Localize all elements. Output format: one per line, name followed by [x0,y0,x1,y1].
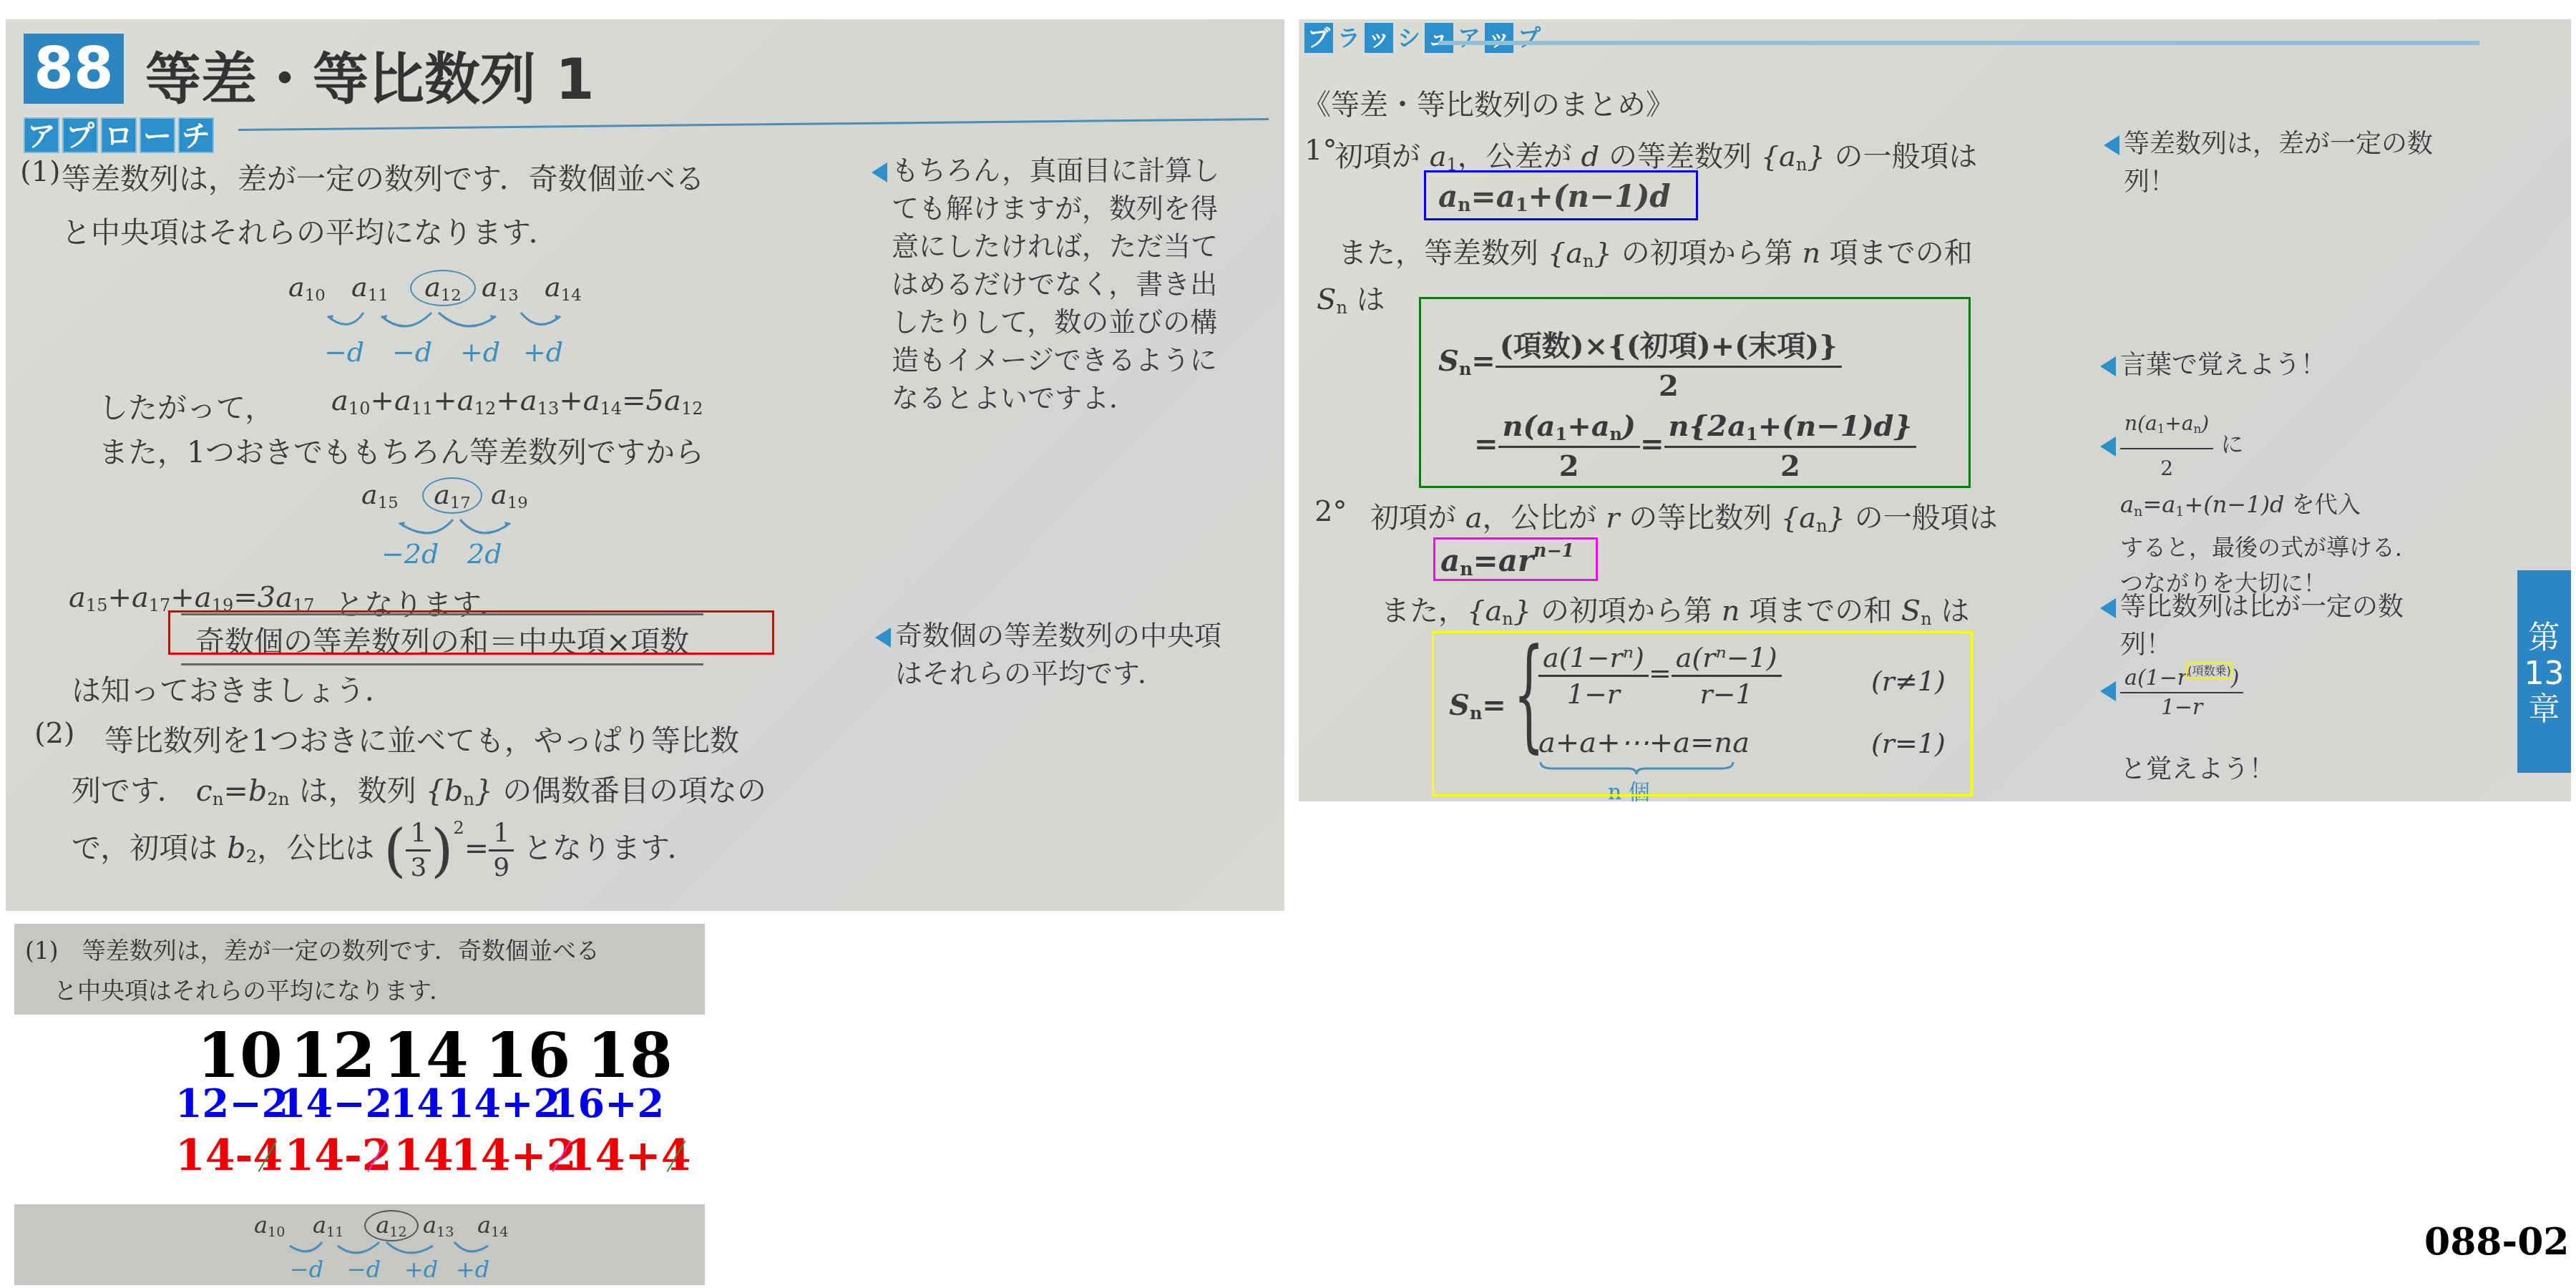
approach-char: プ [62,117,98,153]
side-note-2: 奇数個の等差数列の中央項 はそれらの平均です． [875,617,1221,693]
inset-terms: a10a11a12a13a14 [254,1210,527,1241]
item2-sum-intro: また，{an} の初項から第 n 項までの和 Sn は [1381,588,1969,629]
term: a10 [288,271,351,305]
term: a14 [545,271,608,305]
term: a13 [482,271,545,305]
chapter-tab: 第 13 章 [2517,570,2571,773]
right-side-note-2: 言葉で覚えよう！ [2100,345,2326,381]
example-center-row: 14-414-21414+214+4 [175,1131,673,1181]
pointer-triangle-icon [875,628,891,648]
inset-line1: (1) 等差数列は，差が一定の数列です．奇数個並べる [25,932,600,966]
term-circled: a12 [410,270,476,306]
sequence-diagram-2: a15a17a19 [361,477,552,514]
pointer-triangle-icon [2104,135,2119,155]
right-side-note-5-suffix: と覚えよう！ [2120,749,2275,786]
item2-text: 初項が a，公比が r の等比数列 {an} の一般項は [1370,495,1998,536]
sequence-diagram-1: a10a11a12a13a14 [288,270,608,306]
approach-char: チ [178,117,214,153]
alternate-line: また，1つおきでももちろん等差数列ですから [99,429,704,471]
pointer-triangle-icon [2100,356,2116,376]
approach-char: ロ [101,117,137,153]
right-side-note-3: n(a1+an)2 に an=a1+(n−1)d を代入 すると，最後の式が導け… [2100,406,2418,601]
right-side-note-4: 等比数列は比が一定の数 列！ [2100,588,2404,664]
green-highlight-box [1419,297,1971,488]
magenta-highlight-box [1433,537,1598,581]
inset-differences: −d−d+d+d [290,1256,507,1283]
approach-heading: アプローチ [24,117,217,153]
inset-diagram-excerpt: a10a11a12a13a14 −d−d+d+d [14,1204,705,1285]
example-neighbor-row: 12−214−21414+216+2 [175,1080,655,1126]
right-side-note-1: 等差数列は，差が一定の数 列！ [2104,125,2433,201]
item1-text: 初項が a1，公差が d の等差数列 {an} の一般項は [1335,134,1978,175]
pointer-triangle-icon [872,162,887,182]
side-note-1: もちろん，真面目に計算し ても解けますが，数列を得 意にしたければ，ただ当て は… [872,152,1219,417]
blue-highlight-box [1424,170,1698,220]
approach-char: ア [24,117,59,153]
item1-sum-label: Sn は [1317,277,1385,318]
part2-line1: 等比数列を1つおきに並べても，やっぱり等比数 [104,717,739,759]
term: a11 [351,271,414,305]
remember-line: は知っておきましょう． [72,667,394,709]
summary-title: 《等差・等比数列のまとめ》 [1302,82,1674,123]
brushup-rule-line [1438,41,2479,45]
difference-labels-1: −d−d+d+d [324,336,586,368]
part2-line3: で，初項は b2，公比は (13)2=19 となります． [72,817,697,884]
right-side-note-5: a(1−r(項数乗))1−r [2100,662,2243,720]
approach-rule-line [238,118,1269,131]
term-circled: a17 [422,477,482,514]
page-label: 088-02 [2424,1220,2570,1264]
pointer-triangle-icon [2100,681,2116,701]
lesson-title: 等差・等比数列 1 [145,35,594,115]
therefore-equation: a10+a11+a12+a13+a14=5a12 [331,384,703,419]
part1-line1: 等差数列は，差が一定の数列です．奇数個並べる [62,155,705,197]
lesson-number-badge: 88 [24,34,124,104]
pointer-triangle-icon [2100,436,2116,457]
red-highlight-box [168,610,774,655]
brushup-heading: ブラッシュアップ [1304,23,1545,53]
approach-char: ー [140,117,175,153]
left-textbook-page: 88 等差・等比数列 1 アプローチ (1) 等差数列は，差が一定の数列です．奇… [6,19,1284,911]
inset-text-excerpt: (1) 等差数列は，差が一定の数列です．奇数個並べる と中央項はそれらの平均にな… [14,924,705,1015]
yellow-highlight-box [1432,631,1973,796]
item2-label: 2° [1314,495,1347,528]
difference-labels-2: −2d2d [381,538,502,570]
part2-label: (2) [34,717,75,750]
item1-label: 1° [1304,134,1337,167]
part2-line2: 列です． cn=b2n は，数列 {bn} の偶数番目の項なの [72,767,766,809]
therefore-prefix: したがって， [99,384,274,426]
part1-line2: と中央項はそれらの平均になります． [62,209,558,251]
lesson-number: 88 [34,35,113,102]
pointer-triangle-icon [2100,598,2116,618]
item1-sum-intro: また，等差数列 {an} の初項から第 n 項までの和 [1338,230,1973,271]
inset-line2: と中央項はそれらの平均になります． [54,972,453,1006]
part1-label: (1) [20,155,61,188]
